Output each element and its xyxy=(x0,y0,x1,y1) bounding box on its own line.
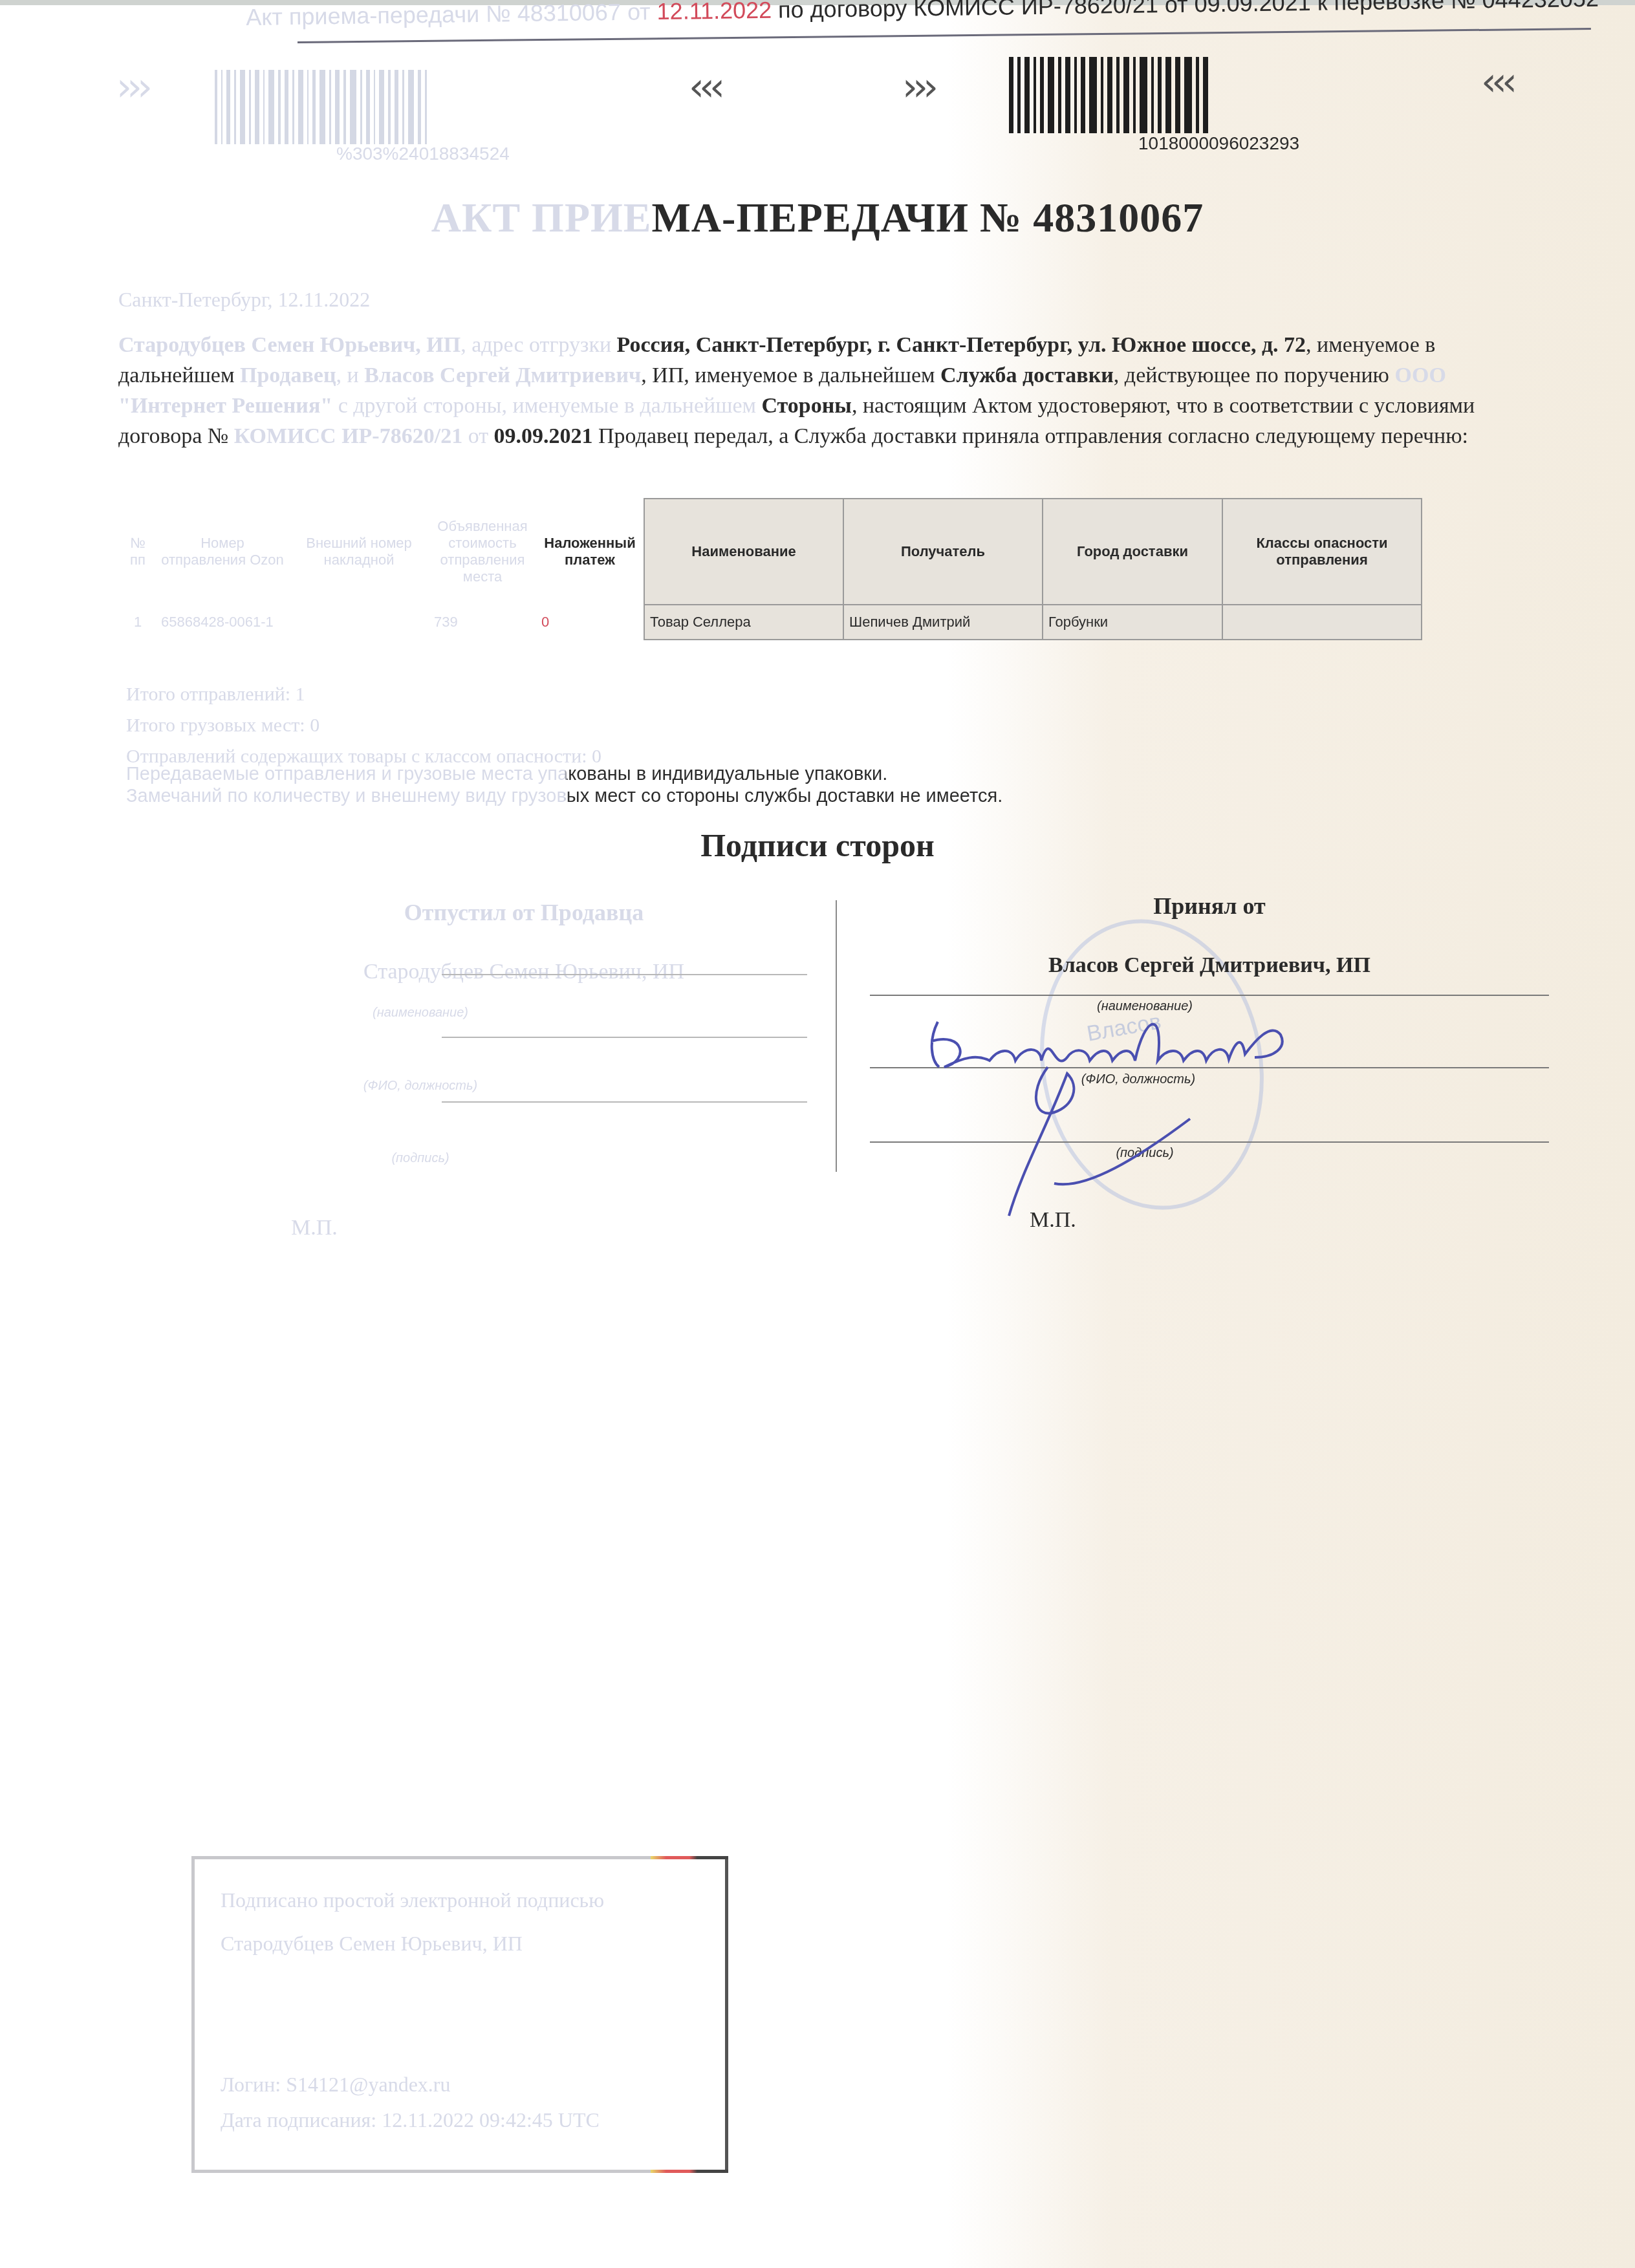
header-suffix: по договору КОМИСС ИР-78620/21 от 09.09.… xyxy=(772,0,1599,23)
chevron-left-icon: ‹‹‹ xyxy=(1481,59,1512,105)
col-cod: Наложенный платеж xyxy=(536,499,644,605)
seller-name-line xyxy=(442,974,807,975)
shipping-address: Россия, Санкт-Петербург, г. Санкт-Петерб… xyxy=(617,333,1306,357)
carrier-role: Служба доставки xyxy=(940,363,1114,387)
intro-text: от xyxy=(462,424,493,448)
carrier-name: Власов Сергей Дмитриевич xyxy=(364,363,641,387)
carrier-party-name: Власов Сергей Дмитриевич, ИП xyxy=(867,953,1552,978)
seller-heading: Отпустил от Продавца xyxy=(220,899,828,926)
document-header-line: Акт приема-передачи № 48310067 от 12.11.… xyxy=(246,0,1599,31)
header-rule xyxy=(298,28,1591,43)
total-places-label: Итого грузовых мест: xyxy=(126,715,310,736)
chevron-left-icon: ‹‹‹ xyxy=(689,65,720,110)
cell-city: Горбунки xyxy=(1043,605,1222,640)
seller-fio-line xyxy=(442,1037,807,1038)
esign-login: Логин: S14121@yandex.ru xyxy=(221,2073,451,2097)
total-places: Итого грузовых мест: 0 xyxy=(126,710,601,741)
table-row: 1 65868428-0061-1 739 0 Товар Селлера Ше… xyxy=(120,605,1422,640)
total-places-value: 0 xyxy=(310,715,319,736)
barcode-right-label: 1018000096023293 xyxy=(1138,133,1299,154)
col-city: Город доставки xyxy=(1043,499,1222,605)
col-index: № пп xyxy=(120,499,156,605)
col-declared-value: Объявленная стоимость отправления места xyxy=(429,499,536,605)
page-title: АКТ ПРИЕМА-ПЕРЕДАЧИ № 48310067 xyxy=(0,194,1635,242)
note-no-claims: Замечаний по количеству и внешнему виду … xyxy=(126,785,1002,807)
cell-ozon-number: 65868428-0061-1 xyxy=(156,605,289,640)
intro-text: , адрес отгрузки xyxy=(460,333,616,357)
seller-stamp-place: М.П. xyxy=(291,1216,338,1240)
chevron-right-icon: ››› xyxy=(902,65,933,110)
col-external-number: Внешний номер накладной xyxy=(289,499,429,605)
barcode-left xyxy=(215,70,431,144)
total-shipments: Итого отправлений: 1 xyxy=(126,679,601,710)
seller-name: Стародубцев Семен Юрьевич, ИП xyxy=(118,333,460,357)
contract-number: КОМИСС ИР-78620/21 xyxy=(234,424,462,448)
esign-accent-top xyxy=(651,1856,728,1859)
header-prefix: Акт приема-передачи № 48310067 от xyxy=(246,0,657,30)
title-suffix: МА-ПЕРЕДАЧИ № 48310067 xyxy=(651,195,1204,241)
carrier-heading: Принял от xyxy=(867,892,1552,920)
cell-name: Товар Селлера xyxy=(644,605,843,640)
total-shipments-value: 1 xyxy=(296,684,305,705)
signatures-divider xyxy=(836,900,837,1172)
cell-hazard xyxy=(1222,605,1422,640)
seller-sign-line xyxy=(442,1101,807,1103)
esign-date: Дата подписания: 12.11.2022 09:42:45 UTC xyxy=(221,2108,600,2132)
contract-date: 09.09.2021 xyxy=(494,424,593,448)
col-ozon-number: Номер отправления Ozon xyxy=(156,499,289,605)
notes-block: Передаваемые отправления и грузовые мест… xyxy=(126,763,1002,807)
esign-signer-name: Стародубцев Семен Юрьевич, ИП xyxy=(221,1932,523,1956)
title-prefix: АКТ ПРИЕ xyxy=(431,195,652,241)
barcode-left-label: %303%24018834524 xyxy=(336,144,510,164)
signatures-title: Подписи сторон xyxy=(0,826,1635,864)
table-header-row: № пп Номер отправления Ozon Внешний номе… xyxy=(120,499,1422,605)
seller-signature-column: Отпустил от Продавца Стародубцев Семен Ю… xyxy=(259,899,828,984)
seller-caption-fio: (ФИО, должность) xyxy=(323,1079,517,1094)
col-recipient: Получатель xyxy=(843,499,1043,605)
intro-text: , ИП, именуемое в дальнейшем xyxy=(641,363,940,387)
total-shipments-label: Итого отправлений: xyxy=(126,684,296,705)
handwritten-signature-icon xyxy=(893,996,1384,1229)
col-name: Наименование xyxy=(644,499,843,605)
intro-text: Продавец передал, а Служба доставки прин… xyxy=(593,424,1468,448)
city-date: Санкт-Петербург, 12.11.2022 xyxy=(118,288,370,312)
intro-text: , действующее по поручению xyxy=(1114,363,1395,387)
seller-caption-sign: (подпись) xyxy=(323,1151,517,1166)
barcode-right xyxy=(1009,57,1212,133)
cell-cod: 0 xyxy=(536,605,644,640)
intro-text: , и xyxy=(336,363,365,387)
intro-paragraph: Стародубцев Семен Юрьевич, ИП, адрес отг… xyxy=(118,330,1541,451)
electronic-signature-box: Подписано простой электронной подписью С… xyxy=(191,1856,728,2173)
header-date: 12.11.2022 xyxy=(656,0,772,25)
parties-term: Стороны xyxy=(762,394,852,418)
chevron-right-icon: ››› xyxy=(116,65,147,110)
note-packaging: Передаваемые отправления и грузовые мест… xyxy=(126,763,1002,785)
totals-block: Итого отправлений: 1 Итого грузовых мест… xyxy=(126,679,601,772)
esign-accent-bottom xyxy=(651,2170,728,2173)
esign-signed-by-label: Подписано простой электронной подписью xyxy=(221,1888,604,1912)
carrier-signature-column: Принял от Власов Сергей Дмитриевич, ИП xyxy=(867,892,1552,978)
cell-recipient: Шепичев Дмитрий xyxy=(843,605,1043,640)
cell-external-number xyxy=(289,605,429,640)
shipments-table: № пп Номер отправления Ozon Внешний номе… xyxy=(120,498,1422,640)
col-hazard: Классы опасности отправления xyxy=(1222,499,1422,605)
seller-role: Продавец xyxy=(240,363,336,387)
intro-text: с другой стороны, именуемые в дальнейшем xyxy=(332,394,761,418)
seller-party-name: Стародубцев Семен Юрьевич, ИП xyxy=(220,960,828,984)
seller-caption-name: (наименование) xyxy=(323,1006,517,1021)
cell-index: 1 xyxy=(120,605,156,640)
cell-declared-value: 739 xyxy=(429,605,536,640)
